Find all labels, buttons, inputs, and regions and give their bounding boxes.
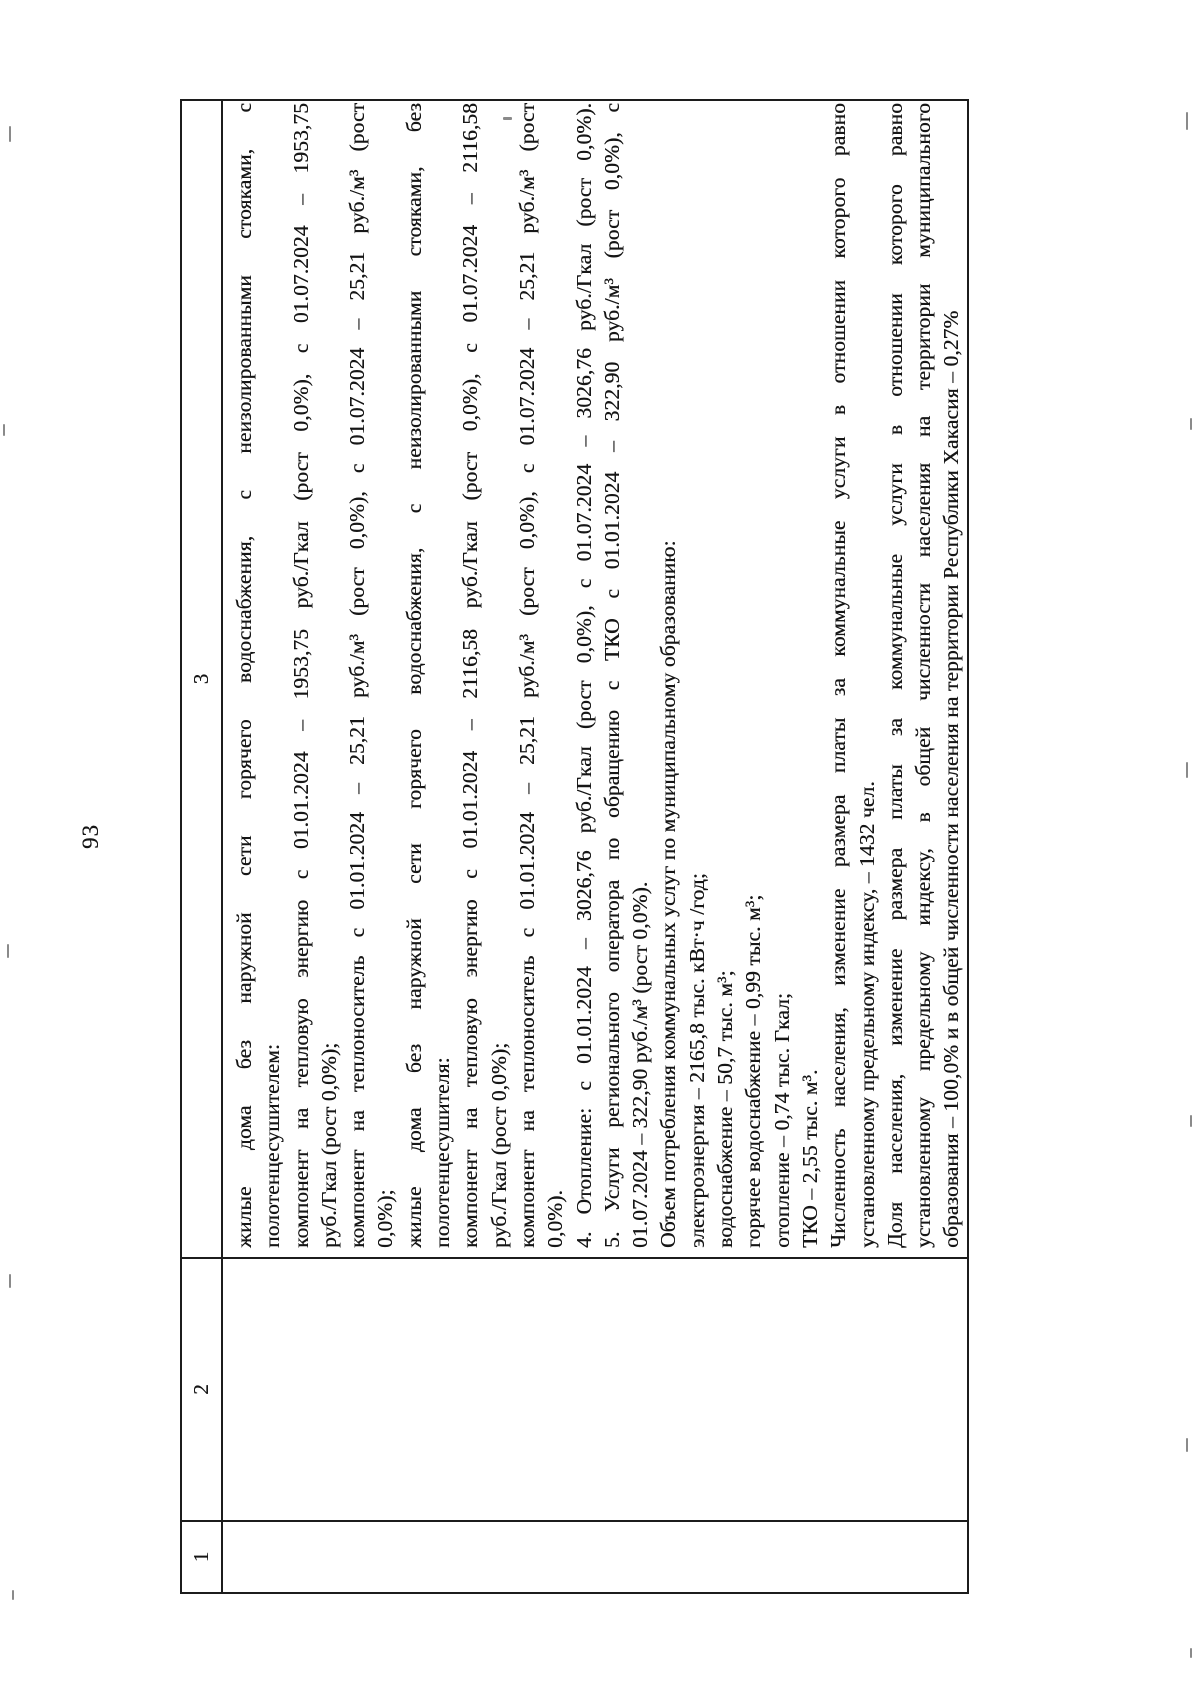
text-line: установленному предельному индексу, в об… [909, 103, 937, 1248]
text-line: компонент на тепловую энергию с 01.01.20… [456, 103, 484, 1248]
table-header-col3: 3 [182, 101, 223, 1257]
text-line: жилые дома без наружной сети горячего во… [230, 103, 258, 1248]
scan-artifact [1186, 762, 1188, 778]
scan-artifact [3, 424, 5, 436]
scan-artifact [1186, 112, 1188, 130]
table-cell-col3-text: жилые дома без наружной сети горячего во… [223, 101, 967, 1257]
text-line: компонент на теплоноситель с 01.01.2024 … [343, 103, 371, 1248]
text-line: электроэнергия – 2165,8 тыс. кВт·ч /год; [683, 103, 711, 1248]
scan-artifact [7, 944, 9, 958]
tariff-text-block: жилые дома без наружной сети горячего во… [230, 103, 966, 1248]
text-line: полотенцесушителя: [428, 103, 456, 1248]
table-cell-col1-empty [223, 1520, 967, 1592]
rotated-landscape-content: 93 1 2 3 жилые дома без наружной сети го… [0, 0, 1200, 1698]
table-header-col2: 2 [182, 1257, 223, 1520]
text-line: полотенцесушителем: [258, 103, 286, 1248]
tariff-table: 1 2 3 жилые дома без наружной сети горяч… [180, 99, 969, 1594]
scan-artifact [1190, 418, 1192, 430]
scan-artifact [12, 1590, 14, 1600]
text-line: горячее водоснабжение – 0,99 тыс. м³; [739, 103, 767, 1248]
text-line: 5. Услуги регионального оператора по обр… [598, 103, 626, 1248]
scan-artifact [503, 117, 512, 120]
text-line: водоснабжение – 50,7 тыс. м³; [711, 103, 739, 1248]
text-line: Доля населения, изменение размера платы … [881, 103, 909, 1248]
scan-artifact [1186, 1438, 1188, 1452]
text-line: Численность населения, изменение размера… [824, 103, 852, 1248]
scan-artifact [1190, 1115, 1192, 1127]
page-number: 93 [78, 824, 104, 849]
text-line: компонент на тепловую энергию с 01.01.20… [287, 103, 315, 1248]
table-header-col1: 1 [182, 1520, 223, 1592]
scan-artifact [9, 1274, 11, 1288]
text-line: образования – 100,0% и в общей численнос… [937, 103, 965, 1248]
text-line: 0,0%); [371, 103, 399, 1248]
text-line: руб./Гкал (рост 0,0%); [315, 103, 343, 1248]
text-line: отопление – 0,74 тыс. Гкал; [768, 103, 796, 1248]
text-line: ТКО – 2,55 тыс. м³. [796, 103, 824, 1248]
text-line: Объем потребления коммунальных услуг по … [654, 103, 682, 1248]
text-line: установленному предельному индексу, – 14… [853, 103, 881, 1248]
text-line: компонент на теплоноситель с 01.01.2024 … [513, 103, 541, 1248]
text-line: руб./Гкал (рост 0,0%); [485, 103, 513, 1248]
text-line: 01.07.2024 – 322,90 руб./м³ (рост 0,0%). [626, 103, 654, 1248]
scan-artifact [1190, 1648, 1192, 1658]
scan-artifact [9, 126, 11, 142]
table-cell-col2-empty [223, 1257, 967, 1520]
text-line: 0,0%). [541, 103, 569, 1248]
text-line: жилые дома без наружной сети горячего во… [400, 103, 428, 1248]
text-line: 4. Отопление: с 01.01.2024 – 3026,76 руб… [570, 103, 598, 1248]
